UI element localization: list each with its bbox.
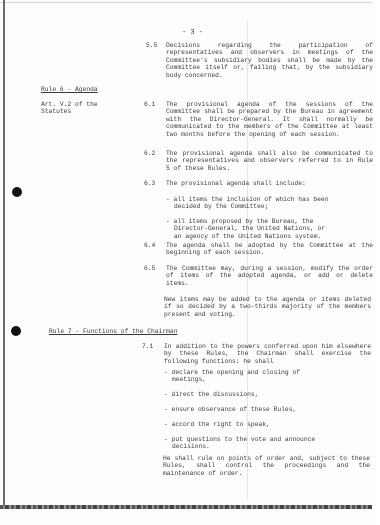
list-item: - all items the inclusion of which has b… [166, 196, 336, 211]
list-item: - put questions to the vote and announce… [164, 436, 329, 451]
section-number: 6.2 [144, 150, 155, 157]
section-6-1-text: The provisional agenda of the sessions o… [166, 101, 373, 138]
document-page: - 3 - 5.5 Decisions regarding the partic… [0, 0, 380, 525]
section-6-5-text-2: New items may be added to the agenda or … [164, 296, 371, 318]
page-right-margin [372, 0, 380, 525]
section-6-3-text: The provisional agenda shall include: [166, 180, 373, 187]
list-item: - direct the discussions, [164, 391, 329, 398]
section-number: 6.1 [144, 101, 155, 108]
section-number: 6.5 [144, 265, 155, 272]
section-number: 6.3 [144, 180, 155, 187]
section-5-5-text: Decisions regarding the participation of… [166, 42, 373, 79]
list-item: - all items proposed by the Bureau, the … [166, 218, 336, 240]
section-7-1-closing: He shall rule on points of order and, su… [163, 455, 370, 477]
margin-note-statutes: Art. V.2 of the Statutes [41, 101, 111, 116]
list-item: - declare the opening and closing of mee… [164, 369, 329, 384]
section-number: 7.1 [142, 343, 153, 350]
section-6-5-text: The Committee may, during a session, mod… [166, 265, 373, 287]
agenda-include-list: - all items the inclusion of which has b… [166, 196, 336, 247]
section-6-2-text: The provisional agenda shall also be com… [166, 150, 373, 172]
rule-6-heading: Rule 6 - Agenda [41, 86, 98, 93]
list-item: - ensure observance of these Rules, [164, 406, 329, 413]
punch-hole [12, 187, 22, 197]
page-top-edge [0, 2, 372, 3]
rule-7-heading: Rule 7 - Functions of the Chairman [49, 328, 177, 335]
page-bottom-edge [0, 505, 372, 509]
list-item: - accord the right to speak, [164, 421, 329, 428]
punch-hole [11, 326, 21, 336]
section-number: 5.5 [146, 42, 157, 49]
section-number: 6.4 [144, 242, 155, 249]
page-number: - 3 - [182, 30, 203, 37]
chairman-functions-list: - declare the opening and closing of mee… [164, 369, 329, 458]
section-7-1-text: In addition to the powers conferred upon… [164, 343, 371, 365]
section-6-4-text: The agenda shall be adopted by the Commi… [166, 242, 373, 257]
page-left-edge [3, 0, 5, 505]
